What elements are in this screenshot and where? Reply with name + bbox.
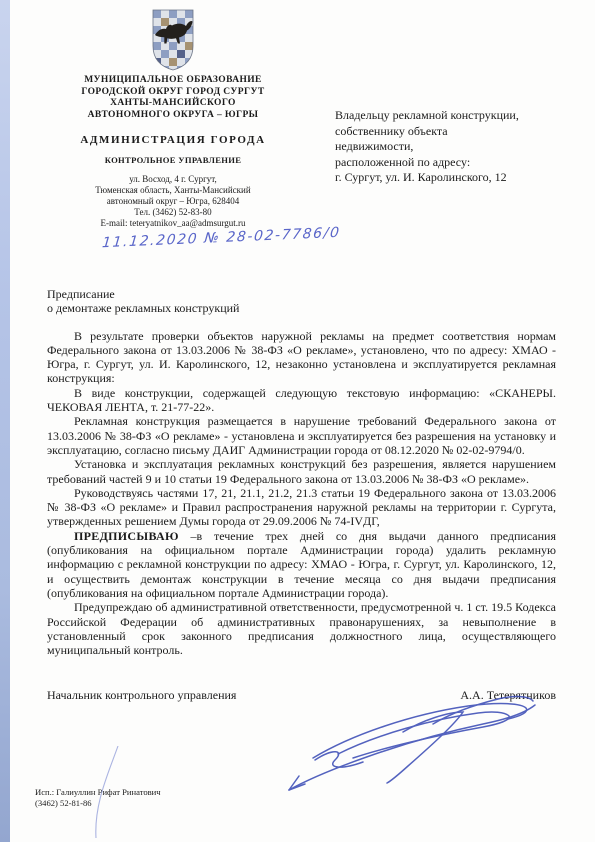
surgut-coat-of-arms-icon [150, 8, 196, 72]
municipality-line: ХАНТЫ-МАНСИЙСКОГО [52, 98, 294, 110]
executor-name: Исп.: Галиуллин Рифат Ринатович [35, 787, 161, 798]
paragraph: В результате проверки объектов наружной … [47, 329, 556, 386]
email-line: E-mail: teteryatnikov_aa@admsurgut.ru [52, 218, 294, 229]
paragraph-text: Предупреждаю об административной ответст… [47, 600, 556, 657]
title-line: Предписание [47, 287, 556, 301]
paragraph-text: Руководствуясь частями 17, 21, 21.1, 21.… [47, 486, 556, 529]
org-address-block: ул. Восход, 4 г. Сургут, Тюменская облас… [52, 174, 294, 229]
address-line: автономный округ – Югра, 628404 [52, 196, 294, 207]
order-paragraph: ПРЕДПИСЫВАЮ –в течение трех дней со дня … [47, 529, 556, 600]
paragraph: В виде конструкции, содержащей следующую… [47, 386, 556, 415]
letterhead: МУНИЦИПАЛЬНОЕ ОБРАЗОВАНИЕ ГОРОДСКОЙ ОКРУ… [52, 8, 294, 229]
signing-row: Начальник контрольного управления А.А. Т… [47, 688, 556, 702]
addressee-line: расположенной по адресу: [335, 155, 570, 171]
order-lead: ПРЕДПИСЫВАЮ [74, 529, 179, 543]
municipality-line: ГОРОДСКОЙ ОКРУГ ГОРОД СУРГУТ [52, 87, 294, 99]
paragraph-text: Установка и эксплуатация рекламных конст… [47, 457, 556, 485]
paragraph-text: В результате проверки объектов наружной … [47, 329, 556, 386]
phone-line: Тел. (3462) 52-83-80 [52, 207, 294, 218]
signature-ink [283, 686, 551, 804]
paragraph: Установка и эксплуатация рекламных конст… [47, 457, 556, 486]
paragraph-text: В виде конструкции, содержащей следующую… [47, 386, 556, 414]
addressee-block: Владельцу рекламной конструкции, собстве… [335, 108, 570, 186]
addressee-line: Владельцу рекламной конструкции, [335, 108, 570, 124]
document-title: Предписание о демонтаже рекламных констр… [47, 287, 556, 316]
addressee-line: собственнику объекта [335, 124, 570, 140]
paragraph: Рекламная конструкция размещается в нару… [47, 414, 556, 457]
title-line: о демонтаже рекламных конструкций [47, 301, 556, 315]
municipality-line: АВТОНОМНОГО ОКРУГА – ЮГРЫ [52, 110, 294, 122]
paragraphs: В результате проверки объектов наружной … [47, 329, 556, 658]
paragraph: Предупреждаю об административной ответст… [47, 600, 556, 657]
department-title: КОНТРОЛЬНОЕ УПРАВЛЕНИЕ [52, 155, 294, 165]
executor-phone: (3462) 52-81-86 [35, 798, 161, 809]
executor-block: Исп.: Галиуллин Рифат Ринатович (3462) 5… [35, 787, 161, 809]
addressee-line: г. Сургут, ул. И. Каролинского, 12 [335, 170, 570, 186]
paragraph: Руководствуясь частями 17, 21, 21.1, 21.… [47, 486, 556, 529]
paragraph-text: Рекламная конструкция размещается в нару… [47, 414, 556, 457]
address-line: ул. Восход, 4 г. Сургут, [52, 174, 294, 185]
scan-edge-stripe [0, 0, 10, 842]
signer-position: Начальник контрольного управления [47, 688, 236, 702]
municipality-line: МУНИЦИПАЛЬНОЕ ОБРАЗОВАНИЕ [52, 75, 294, 87]
document-page: МУНИЦИПАЛЬНОЕ ОБРАЗОВАНИЕ ГОРОДСКОЙ ОКРУ… [0, 0, 595, 842]
addressee-line: недвижимости, [335, 139, 570, 155]
administration-title: АДМИНИСТРАЦИЯ ГОРОДА [52, 134, 294, 146]
signer-name: А.А. Тетерятников [460, 688, 556, 702]
document-body: Предписание о демонтаже рекламных констр… [47, 287, 556, 703]
address-line: Тюменская область, Ханты-Мансийский [52, 185, 294, 196]
